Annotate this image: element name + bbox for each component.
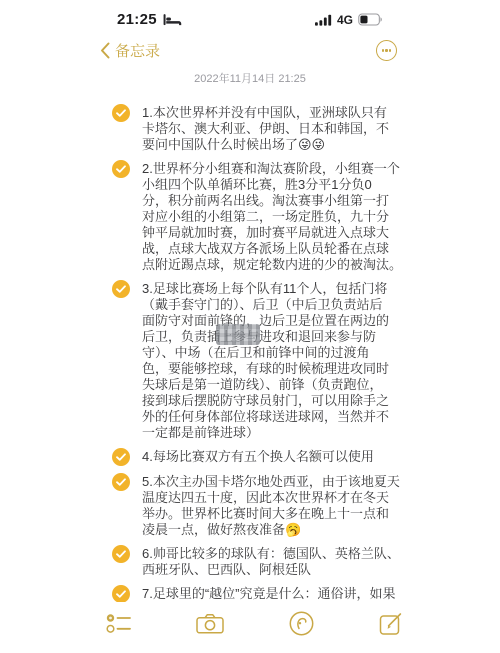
status-left-group: 21:25	[117, 11, 182, 28]
camera-icon	[196, 613, 224, 634]
status-right-group: 4G	[315, 13, 383, 27]
note-item: 2.世界杯分小组赛和淘汰赛阶段，小组赛一个 小组四个队单循环比赛，胜3分平1分负…	[112, 161, 500, 273]
ellipsis-dot	[389, 49, 391, 51]
compose-icon	[379, 611, 404, 636]
markup-pen-icon	[288, 610, 315, 637]
note-item-text: 7.足球里的“越位”究竟是什么：通俗讲，如果	[142, 586, 442, 602]
note-item: 4.每场比赛双方有五个换人名额可以使用	[112, 449, 500, 466]
note-item-text: 2.世界杯分小组赛和淘汰赛阶段，小组赛一个 小组四个队单循环比赛，胜3分平1分负…	[142, 161, 442, 273]
status-bar: 21:25 4G	[0, 0, 500, 28]
status-time: 21:25	[117, 11, 157, 28]
note-date: 2022年11月14日 21:25	[0, 70, 500, 86]
checkbox-checked-icon[interactable]	[112, 280, 130, 298]
checklist-icon	[106, 613, 132, 634]
checkbox-checked-icon[interactable]	[112, 104, 130, 122]
markup-button[interactable]	[288, 610, 315, 637]
nav-bar: 备忘录	[0, 40, 500, 61]
checkbox-checked-icon[interactable]	[112, 160, 130, 178]
note-item-text: 5.本次主办国卡塔尔地处西亚，由于该地夏天 温度达四五十度，因此本次世界杯才在冬…	[142, 474, 442, 538]
back-button[interactable]: 备忘录	[100, 40, 160, 61]
bed-icon	[163, 13, 182, 26]
note-item-text: 6.帅哥比较多的球队有：德国队、英格兰队、 西班牙队、巴西队、阿根廷队	[142, 546, 442, 578]
note-item-text: 4.每场比赛双方有五个换人名额可以使用	[142, 449, 442, 465]
ellipsis-dot	[382, 49, 384, 51]
note-item: 3.足球比赛场上每个队有11个人，包括门将 （戴手套守门的）、后卫（中后卫负责站…	[112, 281, 500, 441]
back-button-label: 备忘录	[115, 40, 160, 61]
note-item: 1.本次世界杯并没有中国队，亚洲球队只有 卡塔尔、澳大利亚、伊朗、日本和韩国，不…	[112, 105, 500, 153]
note-item-text: 1.本次世界杯并没有中国队，亚洲球队只有 卡塔尔、澳大利亚、伊朗、日本和韩国，不…	[142, 105, 442, 153]
compose-button[interactable]	[379, 611, 404, 636]
signal-bars-icon	[315, 14, 332, 26]
more-options-button[interactable]	[376, 40, 397, 61]
mosaic-watermark	[216, 324, 260, 345]
chevron-left-icon	[100, 42, 110, 59]
ellipsis-dot	[385, 49, 387, 51]
note-item: 5.本次主办国卡塔尔地处西亚，由于该地夏天 温度达四五十度，因此本次世界杯才在冬…	[112, 474, 500, 538]
note-item-text: 3.足球比赛场上每个队有11个人，包括门将 （戴手套守门的）、后卫（中后卫负责站…	[142, 281, 442, 441]
bottom-toolbar	[0, 602, 500, 653]
note-checklist: 1.本次世界杯并没有中国队，亚洲球队只有 卡塔尔、澳大利亚、伊朗、日本和韩国，不…	[112, 105, 500, 603]
checkbox-checked-icon[interactable]	[112, 448, 130, 466]
checklist-button[interactable]	[106, 613, 132, 634]
camera-button[interactable]	[196, 613, 224, 634]
checkbox-checked-icon[interactable]	[112, 585, 130, 603]
note-item: 6.帅哥比较多的球队有：德国队、英格兰队、 西班牙队、巴西队、阿根廷队	[112, 546, 500, 578]
note-item: 7.足球里的“越位”究竟是什么：通俗讲，如果	[112, 586, 500, 603]
battery-icon	[358, 13, 383, 26]
checkbox-checked-icon[interactable]	[112, 473, 130, 491]
checkbox-checked-icon[interactable]	[112, 545, 130, 563]
network-type-label: 4G	[337, 13, 353, 27]
